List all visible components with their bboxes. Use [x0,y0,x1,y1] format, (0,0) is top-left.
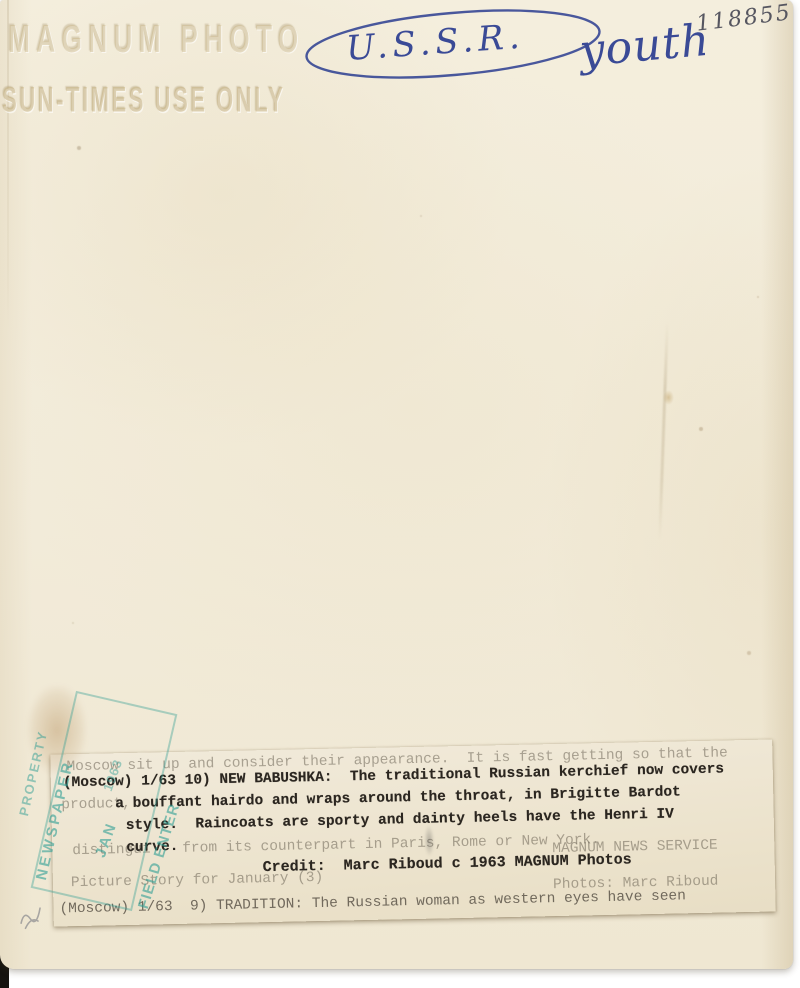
photo-paper: MAGNUM PHOTO SUN-TIMES USE ONLY 118855 U… [0,0,793,969]
paper-specks [0,0,2,2]
pencil-scribble [10,890,56,936]
handwritten-annotation: U.S.S.R. youth [295,2,705,90]
stain-dot [663,390,674,405]
faded-stamp-line1: MAGNUM PHOTO [8,18,304,62]
faded-stamp-line2: SUN-TIMES USE ONLY [2,80,285,121]
catalog-number: 118855 [695,0,793,37]
paper-crease [658,322,669,540]
handwritten-category: youth [576,15,705,77]
ink-smudge [424,825,435,857]
